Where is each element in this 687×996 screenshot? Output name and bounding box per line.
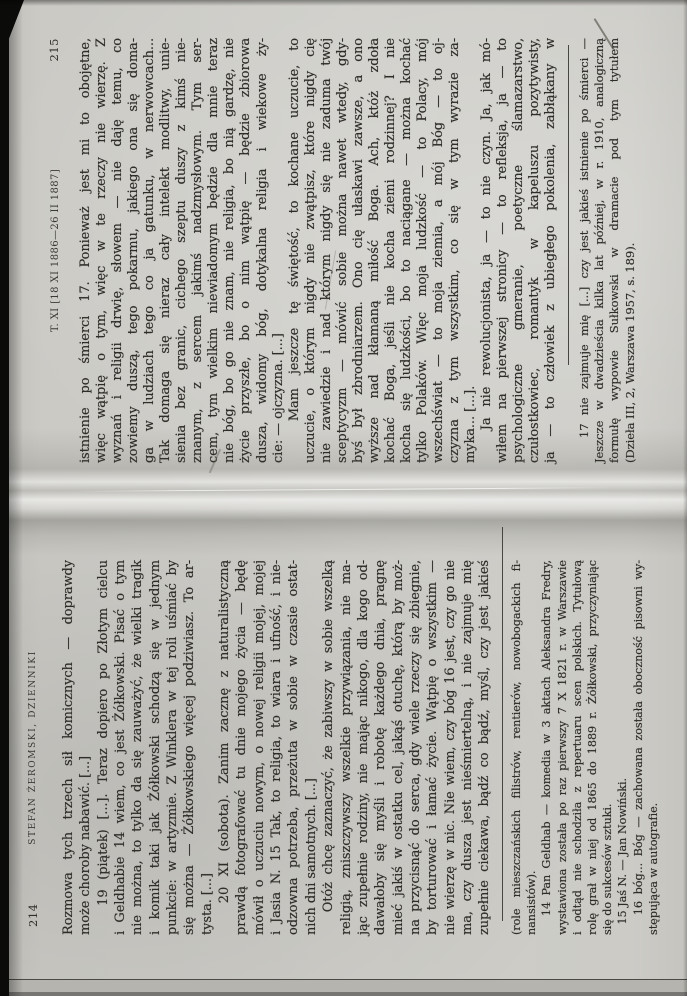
text-line: sceptycyzm — mówić sobie można nawet wte… <box>335 38 351 463</box>
text-line: nie bóg, bo go nie znam, nie religia, bo… <box>222 38 238 463</box>
text-line: wyższe nad kłamaną miłość Boga. Ach, któ… <box>367 38 383 463</box>
text-line: zowiemy duszą, tego pokarmu, jakiego ona… <box>126 38 142 463</box>
text-line: 14 Pan Geldhab — komedia w 3 aktach Alek… <box>539 560 554 935</box>
text-line: myka... [...]. <box>463 38 479 463</box>
scanned-book-spread: 214 STEFAN ŻEROMSKI, DZIENNIKI Rozmowa t… <box>0 0 687 996</box>
text-line: jąc zupełnie rodziny, nie mając nikogo, … <box>355 560 372 935</box>
scanner-bottom-shadow <box>0 992 687 996</box>
body-text-left: Rozmowa tych trzech sił komicznych — dop… <box>60 560 494 935</box>
text-line: i Geldhabie 14 wiem, co jest Żółkowski. … <box>112 560 129 935</box>
text-line: Jeszcze w dwadzieścia kilka lat później,… <box>592 38 607 463</box>
text-line: czułostkowiec, romantyk w kapeluszu pozy… <box>527 38 543 463</box>
text-line: cem, tym wielkim niewiadomym będzie dla … <box>206 38 222 463</box>
text-line: kochać Boga, jeśli nie kocha ziemi rodzi… <box>383 38 399 463</box>
text-line: psychologiczne gmeranie, poetyczne ślama… <box>511 38 527 463</box>
text-line: wiłem na pierwszej stronicy — to refleks… <box>495 38 511 463</box>
text-line: nie można, to tylko da się zauważyć, że … <box>129 560 146 935</box>
text-line: życie przyszłe, bo o nim wątpię — będzie… <box>238 38 254 463</box>
text-line: ma, czy dusza jest nieśmiertelną, i nie … <box>459 560 476 935</box>
text-line: rolę grał w niej od 1865 do 1889 r. Żółk… <box>585 560 600 935</box>
text-line: i odtąd nie schodziła z repertuaru scen … <box>570 560 585 935</box>
text-line: mieć jakiś w ostatku cel, jakąś otuchę, … <box>390 560 407 935</box>
text-line: ja — to człowiek z ubiegłego pokolenia, … <box>543 38 559 463</box>
text-line: 20 XI (sobota). Zanim zacznę z naturalis… <box>216 560 233 935</box>
text-line: może choroby nabawić. [...] <box>77 560 94 935</box>
text-line: nie zawiedzie i nad którym nigdy się nie… <box>319 38 335 463</box>
text-line: i Jasia N. 15 Tak, to religia, to wiara … <box>268 560 285 935</box>
text-line: tylko Polaków. Więc moja ludzkość — to P… <box>415 38 431 463</box>
running-head-right: T. XI [18 XI 1886—26 II 1887] <box>50 38 61 463</box>
text-line: sienia bez granic, cichego szeptu duszy … <box>174 38 190 463</box>
footnotes-left: (role mieszczańskich filistrów, rentieró… <box>509 560 661 935</box>
footnotes-right: 17 nie zajmuje mię [...] czy jest jakieś… <box>577 38 638 463</box>
text-line: formułę wypowie Sułkowski w dramacie pod… <box>607 38 622 463</box>
book-spread-rotated: 214 STEFAN ŻEROMSKI, DZIENNIKI Rozmowa t… <box>0 0 687 996</box>
text-line: więc wątpię o tym, więc w te rzeczy nie … <box>94 38 110 463</box>
text-line: dusza, widomy bóg, dotykalna religia i w… <box>255 38 271 463</box>
text-line: wyznań i religii drwię, słowem — nie daj… <box>110 38 126 463</box>
text-line: czyzna z tym wszystkim, co się w tym wyr… <box>447 38 463 463</box>
text-line: cie: — ojczyzna. [...] <box>271 38 287 463</box>
text-line: punkcie: w artyzmie. Z Winklera w tej ro… <box>164 560 181 935</box>
scanner-top-edge <box>0 0 687 6</box>
text-line: Tak domaga się nieraz cały intelekt modl… <box>158 38 174 463</box>
text-line: Ja nie rewolucjonista, ja — to nie czyn.… <box>479 38 495 463</box>
text-line: na przycisnąć do serca, gdy wiele rzeczy… <box>407 560 424 935</box>
text-line: Rozmowa tych trzech sił komicznych — dop… <box>60 560 77 935</box>
text-line: (role mieszczańskich filistrów, rentieró… <box>509 560 524 935</box>
footnote-rule-right <box>568 45 569 365</box>
page-215: 215 T. XI [18 XI 1886—26 II 1887] istnie… <box>0 38 687 463</box>
text-line: zupełnie ciekawa, bądź co bądź, myśl, cz… <box>476 560 493 935</box>
text-line: byś był zbrodniarzem. Ono cię ułaskawi z… <box>351 38 367 463</box>
text-line: tysta. [...] <box>199 560 216 935</box>
text-line: 17 nie zajmuje mię [...] czy jest jakieś… <box>577 38 592 463</box>
text-line: dawałoby się myśli i robotę każdego dnia… <box>372 560 389 935</box>
text-line: znanym, z sercem jakimś nadzmysłowym. Ty… <box>190 38 206 463</box>
text-line: nich dni samotnych. [...] <box>303 560 320 935</box>
scanner-left-edge-shadow <box>9 0 23 996</box>
text-line: nie wierzę w nic. Nie wiem, czy bóg 16 j… <box>442 560 459 935</box>
text-line: stępująca w autografie. <box>646 560 661 935</box>
text-line: 15 Jaś N. — Jan Nowiński. <box>615 560 630 935</box>
text-line: ga w ludziach tego co ja gatunku, w nerw… <box>142 38 158 463</box>
text-line: się do sukcesów sztuki. <box>600 560 615 935</box>
text-line: wystawiona została po raz pierwszy 7 X 1… <box>555 560 570 935</box>
text-line: Mam jeszcze tę świętość, to kochane uczu… <box>287 38 303 463</box>
scanner-right-edge <box>683 0 687 996</box>
text-line: i komik taki jak Żółkowski schodzą się w… <box>147 560 164 935</box>
text-line: prawdą fotografować tu dnie mojego życia… <box>233 560 250 935</box>
page-214: 214 STEFAN ŻEROMSKI, DZIENNIKI Rozmowa t… <box>0 560 687 935</box>
text-line: 19 (piątek) [...]. Teraz dopiero po Złot… <box>95 560 112 935</box>
text-line: by torturować i łamać życie. Wątpię o ws… <box>424 560 441 935</box>
text-line: Otóż chcę zaznaczyć, że zabiwszy w sobie… <box>320 560 337 935</box>
text-line: mówił o uczuciu nowym, o nowej religii m… <box>251 560 268 935</box>
footnote-rule-left <box>502 527 503 921</box>
text-line: się można — Żółkowskiego więcej podziwia… <box>181 560 198 935</box>
scanner-left-edge <box>0 0 9 996</box>
text-line: 16 bóg... Bóg — zachowana została oboczn… <box>631 560 646 935</box>
text-line: nansistów). <box>524 560 539 935</box>
running-head-left: STEFAN ŻEROMSKI, DZIENNIKI <box>28 560 38 935</box>
text-line: (Dzieła III, 2, Warszawa 1957, s. 189). <box>623 38 638 463</box>
text-line: uczucie, o którym nigdy nie zwątpisz, kt… <box>303 38 319 463</box>
body-text-right: istnienie po śmierci 17. Ponieważ jest m… <box>78 38 559 463</box>
text-line: istnienie po śmierci 17. Ponieważ jest m… <box>78 38 94 463</box>
text-line: kocha się ludzkości, bo to naciągane — m… <box>399 38 415 463</box>
text-line: religią, zniszczywszy wszelkie przywiąza… <box>338 560 355 935</box>
text-line: odzowna potrzeba, przeżuta w sobie w cza… <box>285 560 302 935</box>
text-line: wszechświat — to moja ziemia, a mój Bóg … <box>431 38 447 463</box>
